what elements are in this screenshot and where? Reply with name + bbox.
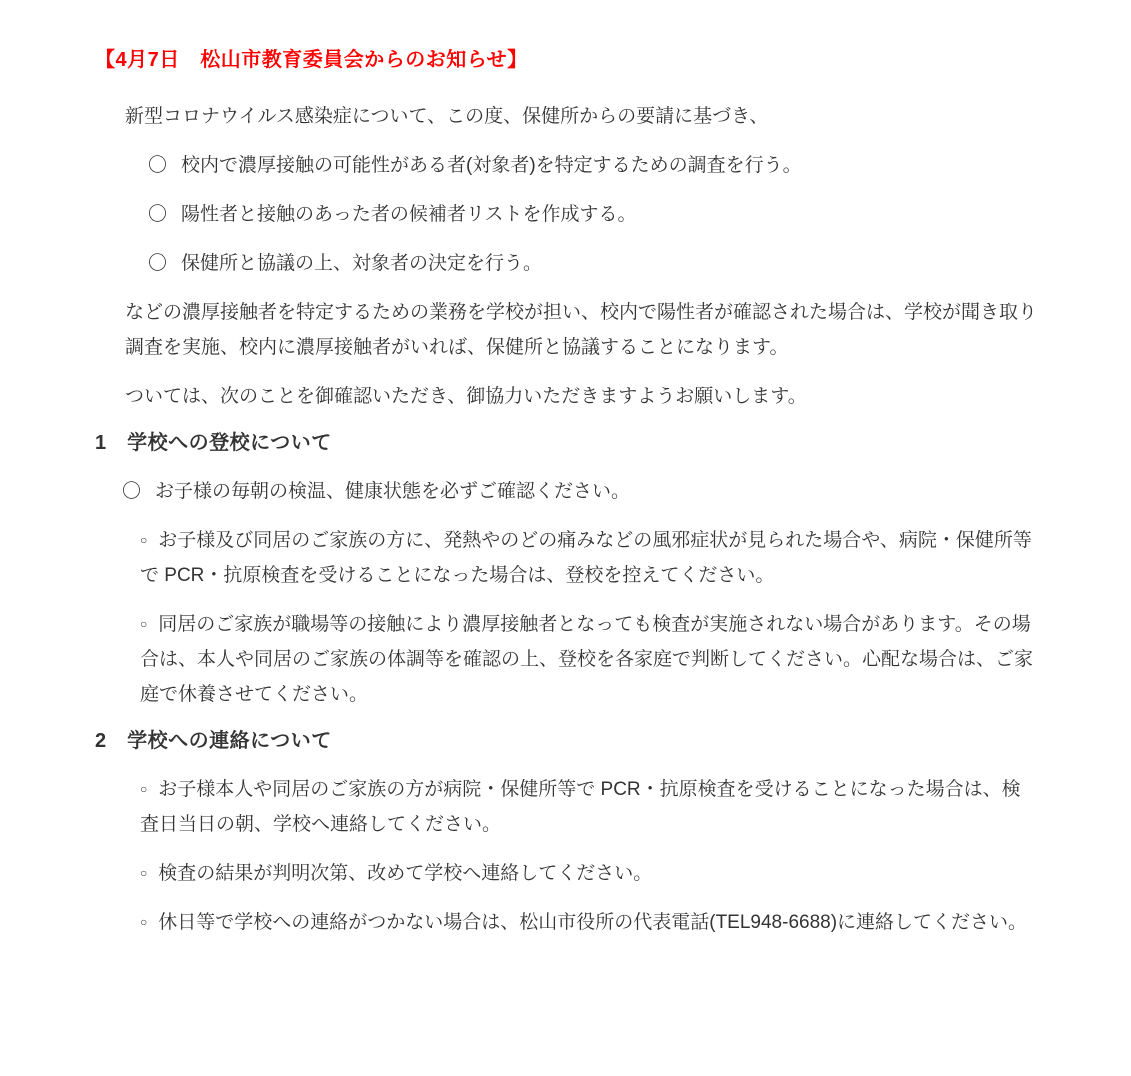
section-1-heading: 1 学校への登校について — [95, 428, 1131, 458]
section-1-sub-bullet-2-text: 同居のご家族が職場等の接触により濃厚接触者となっても検査が実施されない場合があり… — [140, 614, 1033, 705]
intro-paragraph: 新型コロナウイルス感染症について、この度、保健所からの要請に基づき、 — [125, 99, 1037, 134]
intro-bullet-1: 〇校内で濃厚接触の可能性がある者(対象者)を特定するための調査を行う。 — [148, 148, 1038, 183]
section-2-sub-bullet-1: ○お子様本人や同居のご家族の方が病院・保健所等で PCR・抗原検査を受けることに… — [140, 772, 1037, 842]
section-2-sub-bullet-2: ○検査の結果が判明次第、改めて学校へ連絡してください。 — [140, 856, 1037, 891]
small-circle-bullet-icon: ○ — [140, 782, 147, 796]
intro-bullet-3-text: 保健所と協議の上、対象者の決定を行う。 — [181, 253, 542, 274]
small-circle-bullet-icon: ○ — [140, 617, 147, 631]
section-1-sub-bullet-1-text: お子様及び同居のご家族の方に、発熱やのどの痛みなどの風邪症状が見られた場合や、病… — [140, 530, 1032, 586]
small-circle-bullet-icon: ○ — [140, 915, 147, 929]
request-paragraph: ついては、次のことを御確認いただき、御協力いただきますようお願いします。 — [125, 379, 1037, 414]
intro-bullet-1-text: 校内で濃厚接触の可能性がある者(対象者)を特定するための調査を行う。 — [181, 155, 802, 176]
summary-paragraph: などの濃厚接触者を特定するための業務を学校が担い、校内で陽性者が確認された場合は… — [125, 295, 1037, 365]
small-circle-bullet-icon: ○ — [140, 533, 147, 547]
section-1-sub-bullet-2: ○同居のご家族が職場等の接触により濃厚接触者となっても検査が実施されない場合があ… — [140, 607, 1037, 712]
circle-bullet-icon: 〇 — [148, 253, 167, 274]
notice-document: 【4月7日 松山市教育委員会からのお知らせ】 新型コロナウイルス感染症について、… — [0, 0, 1131, 940]
circle-bullet-icon: 〇 — [122, 481, 141, 502]
section-2-heading: 2 学校への連絡について — [95, 726, 1131, 756]
intro-bullet-2-text: 陽性者と接触のあった者の候補者リストを作成する。 — [181, 204, 636, 225]
notice-title: 【4月7日 松山市教育委員会からのお知らせ】 — [95, 46, 1131, 74]
circle-bullet-icon: 〇 — [148, 204, 167, 225]
section-2-sub-bullet-3: ○休日等で学校への連絡がつかない場合は、松山市役所の代表電話(TEL948-66… — [140, 905, 1037, 940]
intro-bullet-3: 〇保健所と協議の上、対象者の決定を行う。 — [148, 246, 1038, 281]
section-2-sub-bullet-2-text: 検査の結果が判明次第、改めて学校へ連絡してください。 — [158, 863, 652, 884]
intro-bullet-2: 〇陽性者と接触のあった者の候補者リストを作成する。 — [148, 197, 1038, 232]
section-1-lead-bullet-text: お子様の毎朝の検温、健康状態を必ずご確認ください。 — [155, 481, 630, 502]
section-2-sub-bullet-3-text: 休日等で学校への連絡がつかない場合は、松山市役所の代表電話(TEL948-668… — [158, 912, 1027, 933]
section-1-sub-bullet-1: ○お子様及び同居のご家族の方に、発熱やのどの痛みなどの風邪症状が見られた場合や、… — [140, 523, 1037, 593]
small-circle-bullet-icon: ○ — [140, 866, 147, 880]
circle-bullet-icon: 〇 — [148, 155, 167, 176]
section-2-sub-bullet-1-text: お子様本人や同居のご家族の方が病院・保健所等で PCR・抗原検査を受けることにな… — [140, 779, 1021, 835]
section-1-lead-bullet: 〇お子様の毎朝の検温、健康状態を必ずご確認ください。 — [122, 474, 1037, 509]
